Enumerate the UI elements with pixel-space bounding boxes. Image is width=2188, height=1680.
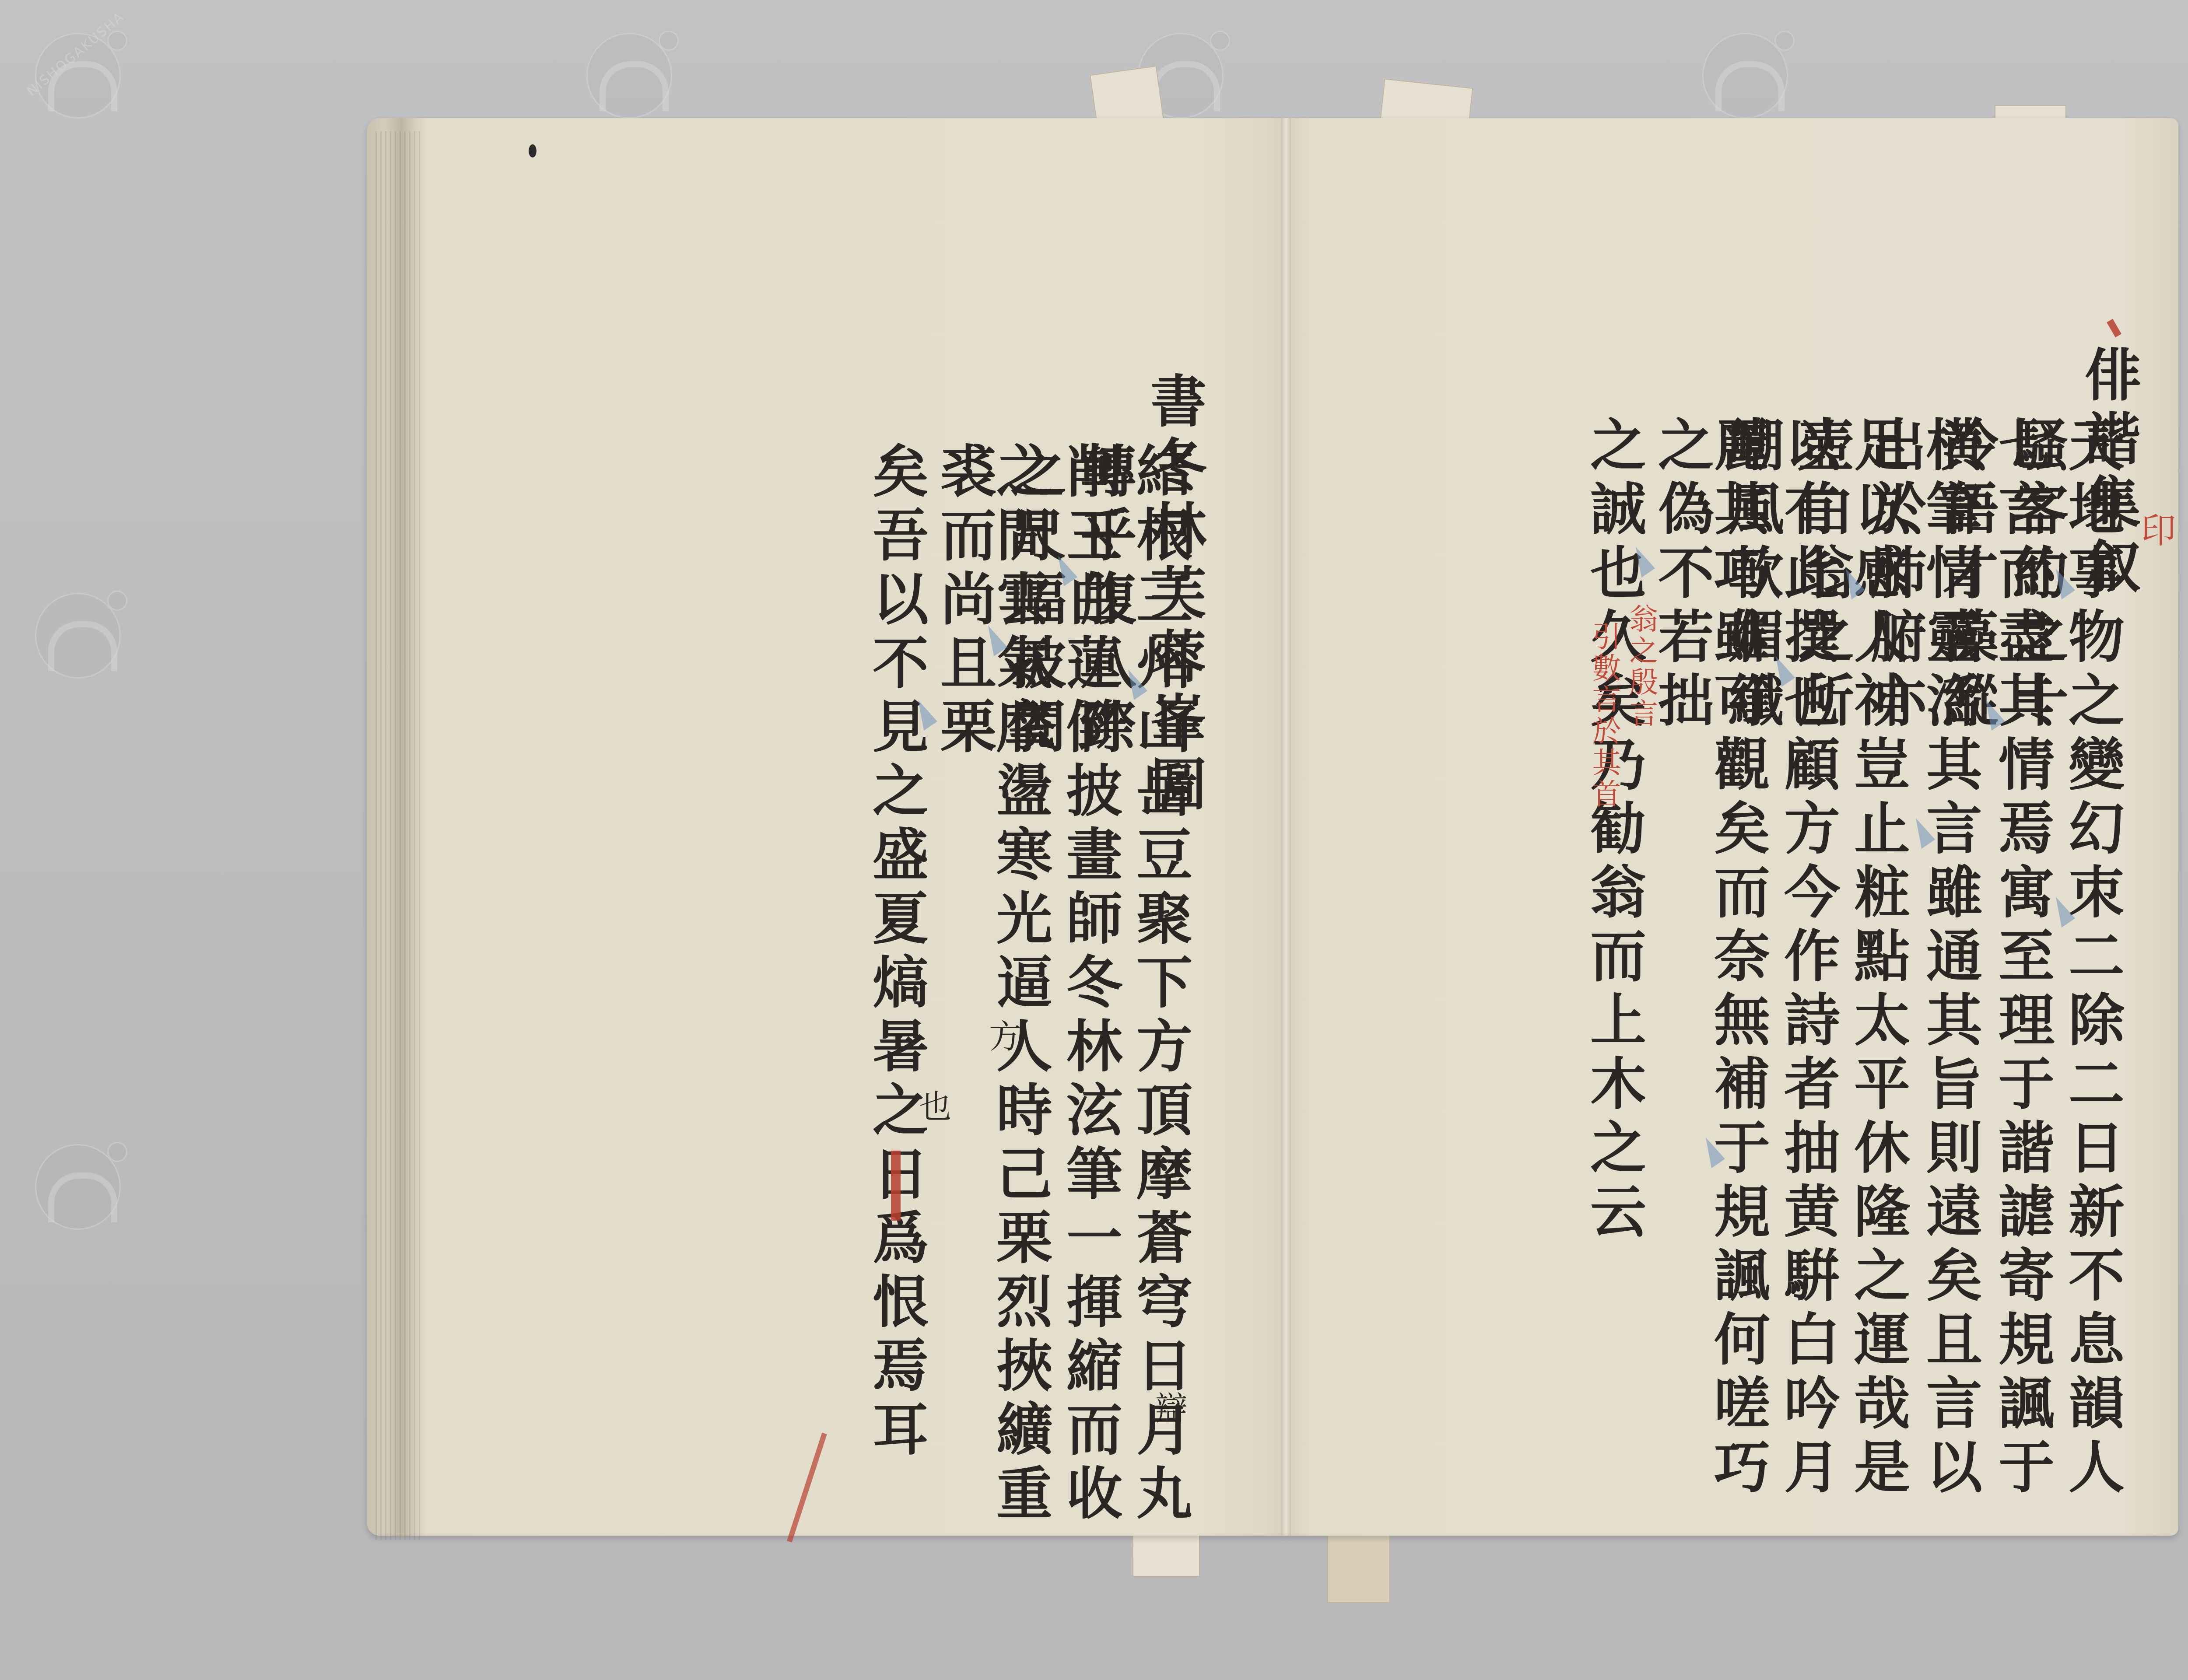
- page-edges: [375, 131, 424, 1540]
- text-column-7: 之誠也久矣乃勧翁而上木之云: [1585, 416, 1641, 1246]
- watermark-logo: [569, 9, 678, 118]
- side-note: 方: [979, 1019, 1026, 1052]
- title-seal: 印: [2130, 512, 2181, 549]
- ink-spot: [529, 144, 536, 157]
- paper-tab: [1327, 1531, 1390, 1603]
- red-bar: [891, 1151, 901, 1221]
- side-note: 也: [909, 1089, 956, 1122]
- text-column-3: 之間雲氣摩盪寒光逼人時己栗烈挾纊重裘而尚且栗: [936, 442, 1048, 1553]
- open-book: 俳諧集叙 印 天地事物之變幻朿二除二日新不息韻人騷客約之十 七言而盡其情焉寓至理…: [367, 109, 2188, 1553]
- red-annotation: 引數言於其首: [1583, 621, 1625, 810]
- watermark-logo: [18, 1120, 127, 1229]
- book-gutter: [1281, 118, 1291, 1536]
- watermark-logo: [1685, 9, 1794, 118]
- watermark-logo: NISHOGAKUSHA: [18, 9, 127, 118]
- red-annotation: 翁之殷言: [1620, 604, 1662, 730]
- text-column-4: 矣吾以不見之盛夏熇暑之日爲恨焉耳: [868, 442, 924, 1464]
- text-column-6: 麗其巧雖可觀矣而奈無補于規諷何嗟巧之偽不若拙: [1653, 416, 1765, 1553]
- watermark-logo: [18, 569, 127, 678]
- side-note: 辯: [1146, 1391, 1192, 1424]
